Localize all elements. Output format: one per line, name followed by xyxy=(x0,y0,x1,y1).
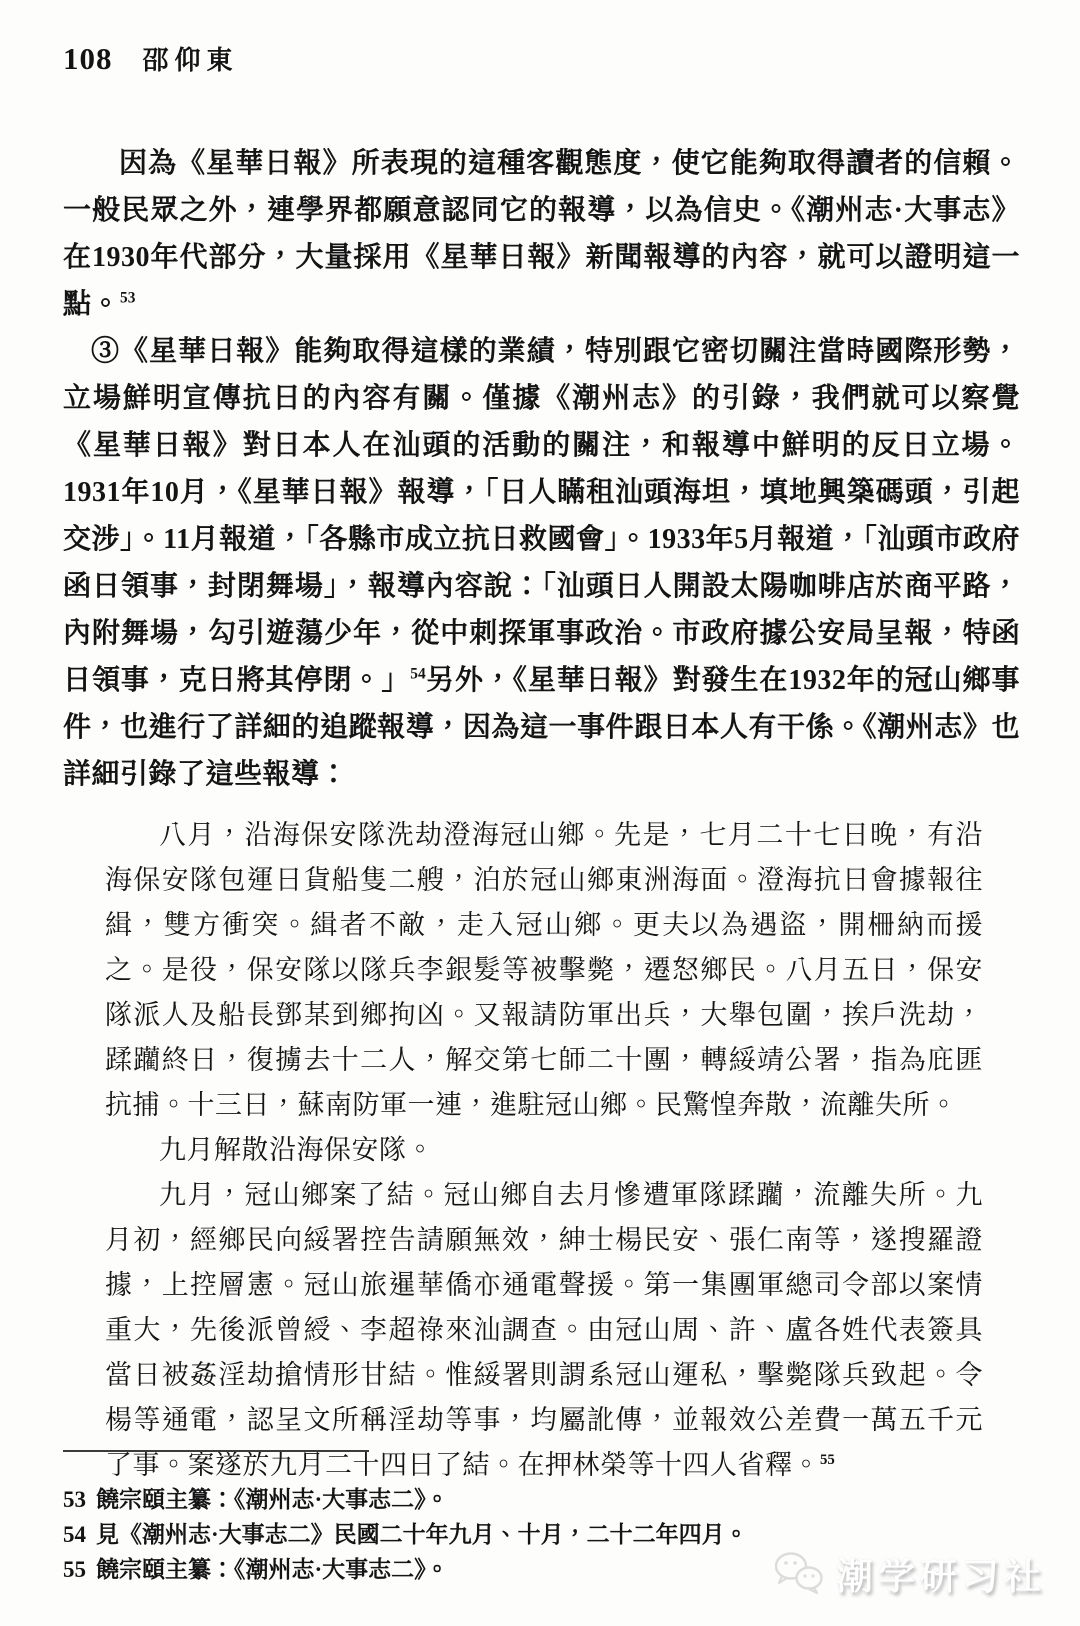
quote-paragraph-2: 九月解散沿海保安隊。 xyxy=(105,1128,983,1173)
footnote-55-text: 饒宗頤主纂：《潮州志·大事志二》。 xyxy=(96,1557,449,1582)
footnote-separator xyxy=(63,1450,369,1452)
footnote-ref-54: 54 xyxy=(410,666,425,683)
watermark-text: 潮学研习社 xyxy=(836,1546,1046,1600)
quote-paragraph-1: 八月，沿海保安隊洗劫澄海冠山鄉。先是，七月二十七日晚，有沿海保安隊包運日貨船隻二… xyxy=(105,813,983,1128)
block-quote: 八月，沿海保安隊洗劫澄海冠山鄉。先是，七月二十七日晚，有沿海保安隊包運日貨船隻二… xyxy=(105,813,983,1488)
quote-paragraph-3: 九月，冠山鄉案了結。冠山鄉自去月慘遭軍隊蹂躪，流離失所。九月初，經鄉民向綏署控告… xyxy=(105,1173,983,1488)
quote-paragraph-3-text: 九月，冠山鄉案了結。冠山鄉自去月慘遭軍隊蹂躪，流離失所。九月初，經鄉民向綏署控告… xyxy=(105,1180,983,1480)
watermark: 潮学研习社 xyxy=(772,1546,1046,1600)
footnote-54-text: 見《潮州志·大事志二》民國二十年九月、十月，二十二年四月。 xyxy=(96,1522,748,1547)
footnote-53: 53饒宗頤主纂：《潮州志·大事志二》。 xyxy=(63,1482,1020,1517)
paragraph-1-text: 因為《星華日報》所表現的這種客觀態度，使它能夠取得讀者的信賴。一般民眾之外，連學… xyxy=(63,148,1020,320)
document-page: 108 邵仰東 因為《星華日報》所表現的這種客觀態度，使它能夠取得讀者的信賴。一… xyxy=(0,0,1080,1626)
author-name: 邵仰東 xyxy=(143,40,239,77)
wechat-icon xyxy=(772,1550,826,1596)
running-head: 108 邵仰東 xyxy=(63,40,239,77)
footnote-ref-53: 53 xyxy=(120,290,135,307)
footnote-53-number: 53 xyxy=(63,1487,86,1512)
paragraph-1: 因為《星華日報》所表現的這種客觀態度，使它能夠取得讀者的信賴。一般民眾之外，連學… xyxy=(63,140,1020,328)
main-text: 因為《星華日報》所表現的這種客觀態度，使它能夠取得讀者的信賴。一般民眾之外，連學… xyxy=(63,140,1020,1488)
footnote-55-number: 55 xyxy=(63,1557,86,1582)
footnote-53-text: 饒宗頤主纂：《潮州志·大事志二》。 xyxy=(96,1487,449,1512)
paragraph-2: ③《星華日報》能夠取得這樣的業績，特別跟它密切關注當時國際形勢，立場鮮明宣傳抗日… xyxy=(63,328,1020,798)
page-number: 108 xyxy=(63,41,113,77)
footnote-54-number: 54 xyxy=(63,1522,86,1547)
paragraph-2-text-before: ③《星華日報》能夠取得這樣的業績，特別跟它密切關注當時國際形勢，立場鮮明宣傳抗日… xyxy=(63,336,1020,696)
